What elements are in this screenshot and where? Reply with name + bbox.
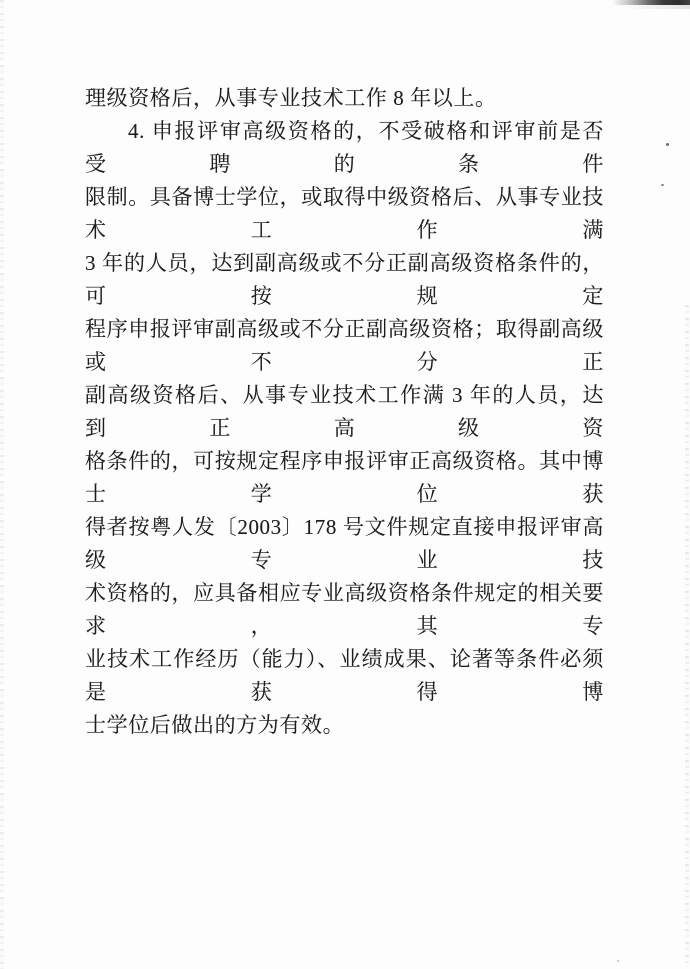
ink-speck (666, 143, 669, 146)
ink-speck (617, 960, 619, 962)
text-line-2: 4. 申报评审高级资格的，不受破格和评审前是否受聘的条件 (85, 115, 604, 181)
scan-edge-noise-left (0, 0, 4, 969)
text-line-6: 副高级资格后、从事专业技术工作满 3 年的人员，达到正高级资 (85, 379, 604, 445)
scan-edge-noise-right (685, 305, 689, 965)
text-line-8: 得者按粤人发〔2003〕178 号文件规定直接申报评审高级专业技 (85, 511, 604, 577)
text-line-4: 3 年的人员，达到副高级或不分正副高级资格条件的，可按规定 (85, 247, 604, 313)
ink-speck (661, 184, 664, 186)
text-line-7: 格条件的，可按规定程序申报评审正高级资格。其中博士学位获 (85, 445, 604, 511)
text-line-11: 士学位后做出的方为有效。 (85, 709, 604, 742)
text-line-1: 理级资格后，从事专业技术工作 8 年以上。 (85, 82, 604, 115)
document-text-block: 理级资格后，从事专业技术工作 8 年以上。4. 申报评审高级资格的，不受破格和评… (85, 82, 604, 742)
text-line-9: 术资格的，应具备相应专业高级资格条件规定的相关要求，其专 (85, 577, 604, 643)
text-line-10: 业技术工作经历（能力）、业绩成果、论著等条件必须是获得博 (85, 643, 604, 709)
text-line-5: 程序申报评审副高级或不分正副高级资格；取得副高级或不分正 (85, 313, 604, 379)
scan-artifact-top-right-band (612, 0, 690, 5)
text-line-3: 限制。具备博士学位，或取得中级资格后、从事专业技术工作满 (85, 181, 604, 247)
scanned-document-page: 理级资格后，从事专业技术工作 8 年以上。4. 申报评审高级资格的，不受破格和评… (0, 0, 690, 969)
